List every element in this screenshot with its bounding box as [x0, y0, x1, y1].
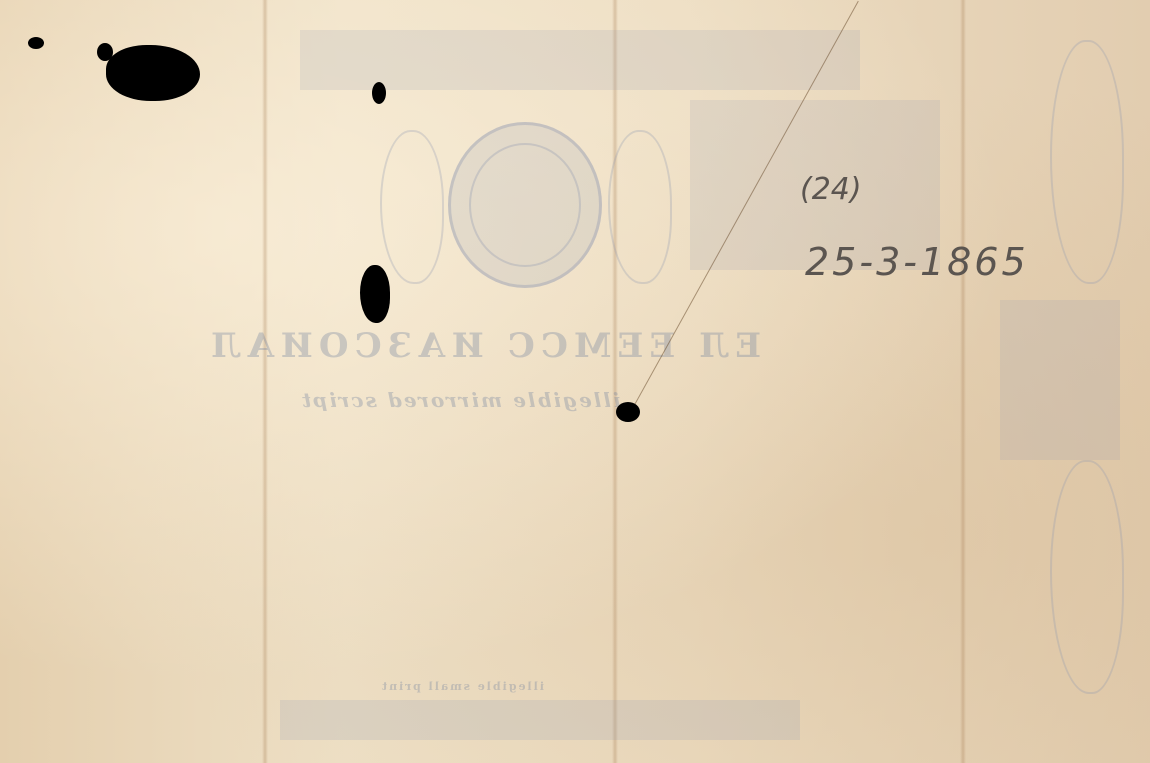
fold-line — [262, 0, 268, 763]
bleed-bottom-line: illegible small print — [380, 680, 544, 693]
ornament-scroll — [380, 130, 444, 284]
ornament-scroll — [608, 130, 672, 284]
ornament-scroll — [1050, 40, 1124, 284]
fold-line — [960, 0, 966, 763]
banknote-back: ЕЛ ЕЕМСС ИАЗСОИАЛ illegible mirrored scr… — [0, 0, 1150, 763]
bleed-headline: ЕЛ ЕЕМСС ИАЗСОИАЛ — [205, 326, 761, 366]
hole — [372, 82, 386, 104]
hole — [106, 45, 200, 101]
top-print-band — [300, 30, 860, 90]
hole — [28, 37, 44, 49]
handwritten-date: 25-3-1865 — [805, 240, 1029, 284]
side-panel — [1000, 300, 1120, 460]
handwritten-serial: (24) — [800, 172, 862, 207]
bleed-subline: illegible mirrored script — [300, 388, 621, 412]
seal-oval — [448, 122, 602, 288]
hole — [616, 402, 640, 422]
ornament-scroll — [1050, 460, 1124, 694]
bottom-print-band — [280, 700, 800, 740]
hole — [360, 265, 390, 323]
fold-line — [612, 0, 618, 763]
